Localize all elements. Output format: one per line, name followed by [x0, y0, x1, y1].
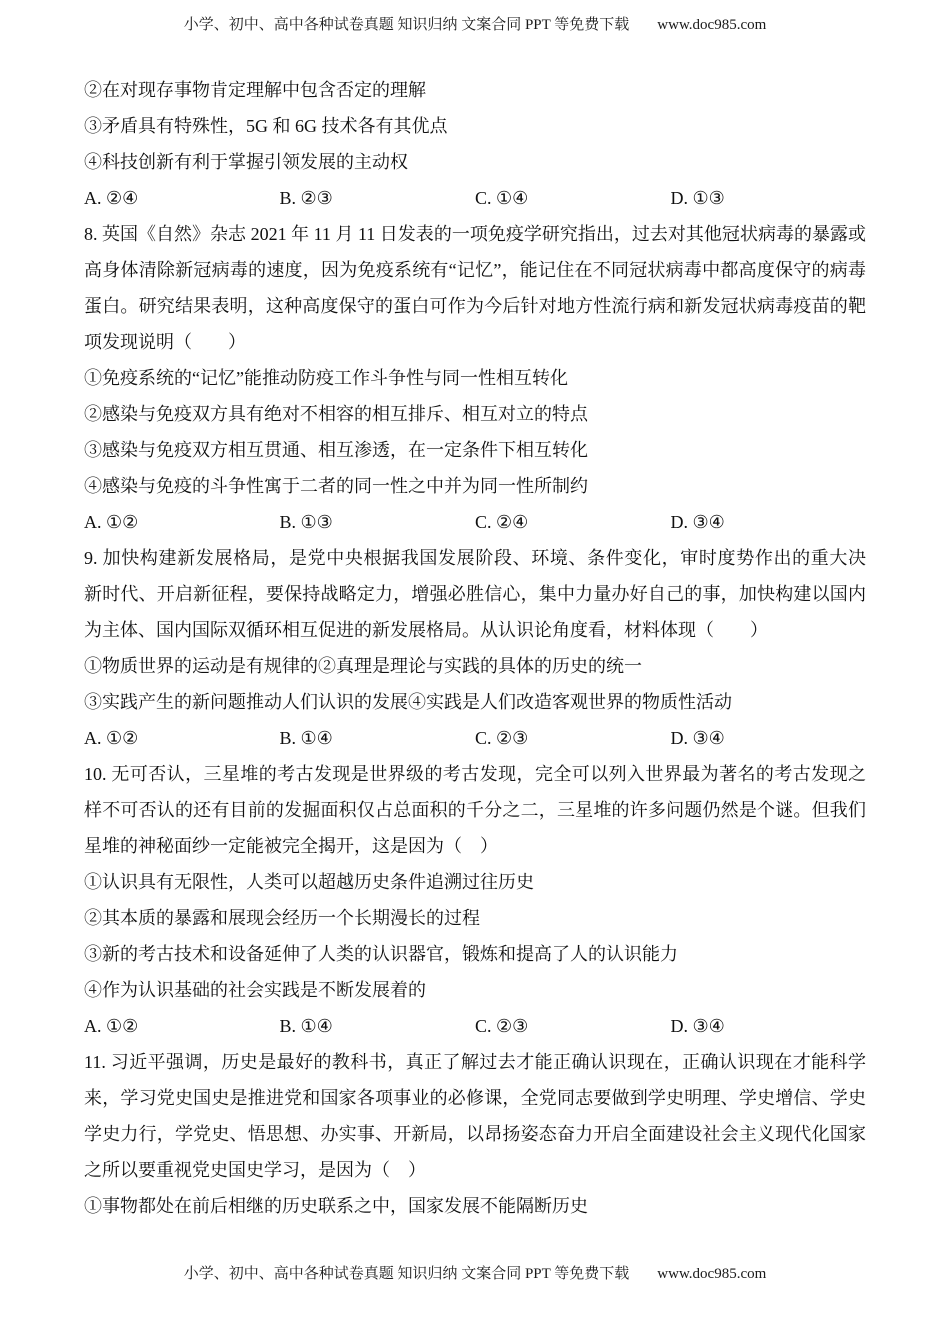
statement-line: ①物质世界的运动是有规律的②真理是理论与实践的具体的历史的统一 — [84, 648, 866, 684]
option-c: C. ②③ — [475, 720, 671, 756]
option-d: D. ③④ — [671, 1008, 867, 1044]
option-c: C. ①④ — [475, 180, 671, 216]
question-8-line: 蛋白。研究结果表明，这种高度保守的蛋白可作为今后针对地方性流行病和新发冠状病毒疫… — [84, 288, 866, 324]
header-banner: 小学、初中、高中各种试卷真题 知识归纳 文案合同 PPT 等免费下载www.do… — [0, 13, 950, 34]
option-b: B. ②③ — [280, 180, 476, 216]
statement-line: ④感染与免疫的斗争性寓于二者的同一性之中并为同一性所制约 — [84, 468, 866, 504]
statement-line: ③感染与免疫双方相互贯通、相互渗透，在一定条件下相互转化 — [84, 432, 866, 468]
question-9-line: 新时代、开启新征程，要保持战略定力，增强必胜信心，集中力量办好自己的事，加快构建… — [84, 576, 866, 612]
statement-line: ②其本质的暴露和展现会经历一个长期漫长的过程 — [84, 900, 866, 936]
statement-line: ③矛盾具有特殊性，5G 和 6G 技术各有其优点 — [84, 108, 866, 144]
question-10-line: 10. 无可否认，三星堆的考古发现是世界级的考古发现，完全可以列入世界最为著名的… — [84, 756, 866, 792]
statement-line: ①认识具有无限性，人类可以超越历史条件追溯过往历史 — [84, 864, 866, 900]
statement-line: ③新的考古技术和设备延伸了人类的认识器官，锻炼和提高了人的认识能力 — [84, 936, 866, 972]
statement-line: ①免疫系统的“记忆”能推动防疫工作斗争性与同一性相互转化 — [84, 360, 866, 396]
question-10-line: 星堆的神秘面纱一定能被完全揭开，这是因为（ ） — [84, 828, 866, 864]
statement-line: ②感染与免疫双方具有绝对不相容的相互排斥、相互对立的特点 — [84, 396, 866, 432]
option-a: A. ②④ — [84, 180, 280, 216]
question-8-line: 项发现说明（ ） — [84, 324, 866, 360]
question-11-line: 学史力行，学党史、悟思想、办实事、开新局，以昂扬姿态奋力开启全面建设社会主义现代… — [84, 1116, 866, 1152]
question-10-line: 样不可否认的还有目前的发掘面积仅占总面积的千分之二，三星堆的许多问题仍然是个谜。… — [84, 792, 866, 828]
answer-options-row: A. ①② B. ①④ C. ②③ D. ③④ — [84, 720, 866, 756]
exam-page-body: ②在对现存事物肯定理解中包含否定的理解 ③矛盾具有特殊性，5G 和 6G 技术各… — [84, 72, 866, 1224]
option-a: A. ①② — [84, 504, 280, 540]
option-c: C. ②④ — [475, 504, 671, 540]
answer-options-row: A. ①② B. ①③ C. ②④ D. ③④ — [84, 504, 866, 540]
question-8-line: 8. 英国《自然》杂志 2021 年 11 月 11 日发表的一项免疫学研究指出… — [84, 216, 866, 252]
answer-options-row: A. ①② B. ①④ C. ②③ D. ③④ — [84, 1008, 866, 1044]
option-b: B. ①④ — [280, 1008, 476, 1044]
option-d: D. ③④ — [671, 720, 867, 756]
option-b: B. ①④ — [280, 720, 476, 756]
statement-line: ④科技创新有利于掌握引领发展的主动权 — [84, 144, 866, 180]
option-d: D. ①③ — [671, 180, 867, 216]
statement-line: ②在对现存事物肯定理解中包含否定的理解 — [84, 72, 866, 108]
statement-line: ①事物都处在前后相继的历史联系之中，国家发展不能隔断历史 — [84, 1188, 866, 1224]
statement-line: ③实践产生的新问题推动人们认识的发展④实践是人们改造客观世界的物质性活动 — [84, 684, 866, 720]
option-a: A. ①② — [84, 1008, 280, 1044]
footer-site-url: www.doc985.com — [657, 1266, 766, 1282]
option-c: C. ②③ — [475, 1008, 671, 1044]
question-9-line: 为主体、国内国际双循环相互促进的新发展格局。从认识论角度看，材料体现（ ） — [84, 612, 866, 648]
answer-options-row: A. ②④ B. ②③ C. ①④ D. ①③ — [84, 180, 866, 216]
header-site-url: www.doc985.com — [657, 17, 766, 33]
question-8-line: 高身体清除新冠病毒的速度，因为免疫系统有“记忆”，能记住在不同冠状病毒中都高度保… — [84, 252, 866, 288]
footer-promo-text: 小学、初中、高中各种试卷真题 知识归纳 文案合同 PPT 等免费下载 — [184, 1266, 630, 1282]
option-b: B. ①③ — [280, 504, 476, 540]
option-d: D. ③④ — [671, 504, 867, 540]
statement-line: ④作为认识基础的社会实践是不断发展着的 — [84, 972, 866, 1008]
option-a: A. ①② — [84, 720, 280, 756]
question-11-line: 之所以要重视党史国史学习，是因为（ ） — [84, 1152, 866, 1188]
question-9-line: 9. 加快构建新发展格局，是党中央根据我国发展阶段、环境、条件变化，审时度势作出… — [84, 540, 866, 576]
question-11-line: 来，学习党史国史是推进党和国家各项事业的必修课，全党同志要做到学史明理、学史增信… — [84, 1080, 866, 1116]
header-promo-text: 小学、初中、高中各种试卷真题 知识归纳 文案合同 PPT 等免费下载 — [184, 17, 630, 33]
footer-banner: 小学、初中、高中各种试卷真题 知识归纳 文案合同 PPT 等免费下载www.do… — [0, 1262, 950, 1283]
question-11-line: 11. 习近平强调，历史是最好的教科书，真正了解过去才能正确认识现在，正确认识现… — [84, 1044, 866, 1080]
